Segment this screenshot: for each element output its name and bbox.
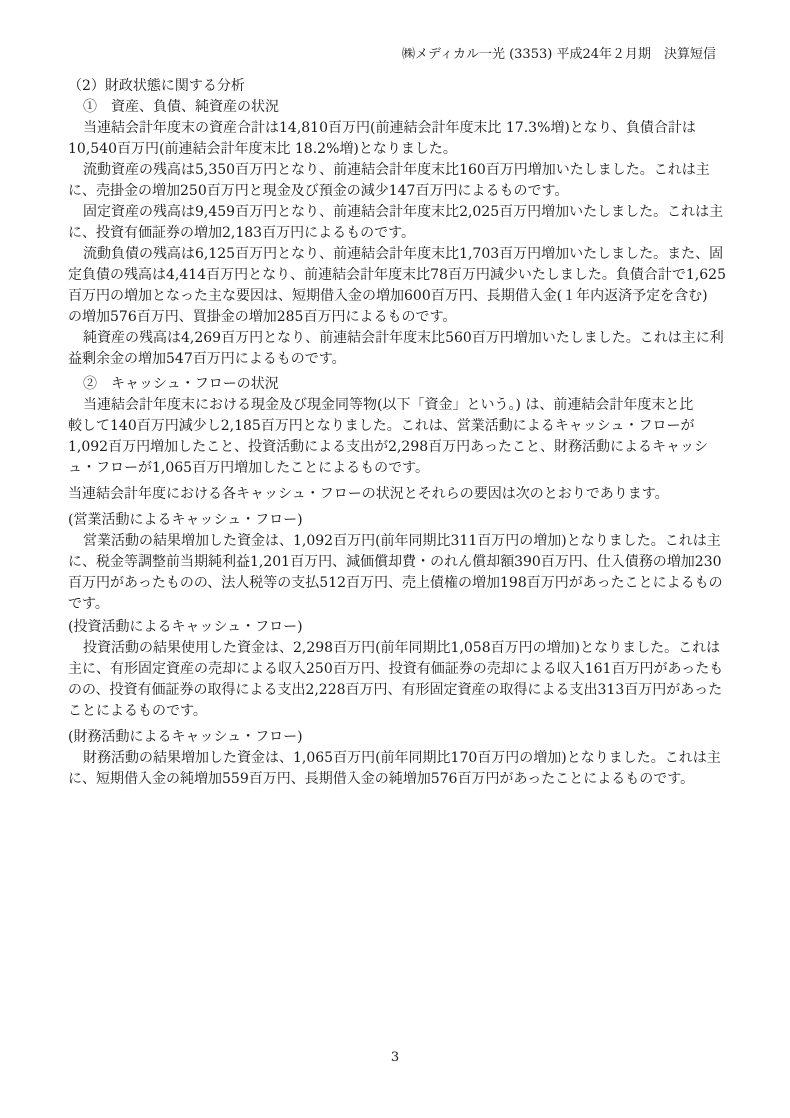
text-line: ② キャッシュ・フローの状況 bbox=[83, 374, 750, 395]
text-line: の増加576百万円、買掛金の増加285百万円によるものです。 bbox=[68, 307, 750, 328]
paragraph: 当連結会計年度末における現金及び現金同等物(以下「資金」という。) は、前連結会… bbox=[68, 395, 750, 479]
paragraph: 投資活動の結果使用した資金は、2,298百万円(前年同期比1,058百万円の増加… bbox=[68, 638, 750, 722]
text-line: ① 資産、負債、純資産の状況 bbox=[83, 97, 750, 118]
document-page: ㈱メディカル一光 (3353) 平成24年２月期 決算短信 （2）財政状態に関す… bbox=[0, 0, 790, 1118]
subsection-heading: ① 資産、負債、純資産の状況 bbox=[68, 97, 750, 118]
section-heading: （2）財政状態に関する分析 bbox=[68, 76, 750, 97]
text-line: 百万円の増加となった主な要因は、短期借入金の増加600百万円、長期借入金(１年内… bbox=[68, 286, 750, 307]
cashflow-label: (投資活動によるキャッシュ・フロー) bbox=[68, 617, 750, 638]
paragraph: 固定資産の残高は9,459百万円となり、前連結会計年度末比2,025百万円増加い… bbox=[68, 202, 750, 244]
text-line: ことによるものです。 bbox=[68, 701, 750, 722]
text-line: 流動負債の残高は6,125百万円となり、前連結会計年度末比1,703百万円増加い… bbox=[68, 244, 750, 265]
text-line: 当連結会計年度末における現金及び現金同等物(以下「資金」という。) は、前連結会… bbox=[68, 395, 750, 416]
text-line: 財務活動の結果増加した資金は、1,065百万円(前年同期比170百万円の増加)と… bbox=[68, 748, 750, 769]
paragraph: 流動資産の残高は5,350百万円となり、前連結会計年度末比160百万円増加いたし… bbox=[68, 160, 750, 202]
text-line: に、短期借入金の純増加559百万円、長期借入金の純増加576百万円があったことに… bbox=[68, 769, 750, 790]
text-line: (財務活動によるキャッシュ・フロー) bbox=[68, 727, 750, 748]
text-line: 定負債の残高は4,414百万円となり、前連結会計年度末比78百万円減少いたしまし… bbox=[68, 265, 750, 286]
text-line: 当連結会計年度末の資産合計は14,810百万円(前連結会計年度末比 17.3%増… bbox=[68, 118, 750, 139]
paragraph: 当連結会計年度における各キャッシュ・フローの状況とそれらの要因は次のとおりであり… bbox=[68, 484, 750, 505]
text-line: 当連結会計年度における各キャッシュ・フローの状況とそれらの要因は次のとおりであり… bbox=[68, 484, 750, 505]
text-line: (投資活動によるキャッシュ・フロー) bbox=[68, 617, 750, 638]
text-line: 投資活動の結果使用した資金は、2,298百万円(前年同期比1,058百万円の増加… bbox=[68, 638, 750, 659]
subsection-heading: ② キャッシュ・フローの状況 bbox=[68, 374, 750, 395]
text-line: に、投資有価証券の増加2,183百万円によるものです。 bbox=[68, 223, 750, 244]
text-line: に、売掛金の増加250百万円と現金及び預金の減少147百万円によるものです。 bbox=[68, 181, 750, 202]
document-body: （2）財政状態に関する分析① 資産、負債、純資産の状況当連結会計年度末の資産合計… bbox=[68, 76, 750, 790]
text-line: 百万円があったものの、法人税等の支払512百万円、売上債権の増加198百万円があ… bbox=[68, 573, 750, 594]
text-line: 1,092百万円増加したこと、投資活動による支出が2,298百万円あったこと、財… bbox=[68, 437, 750, 458]
paragraph: 営業活動の結果増加した資金は、1,092百万円(前年同期比311百万円の増加)と… bbox=[68, 531, 750, 615]
text-line: (営業活動によるキャッシュ・フロー) bbox=[68, 510, 750, 531]
paragraph: 財務活動の結果増加した資金は、1,065百万円(前年同期比170百万円の増加)と… bbox=[68, 748, 750, 790]
text-line: 営業活動の結果増加した資金は、1,092百万円(前年同期比311百万円の増加)と… bbox=[68, 531, 750, 552]
text-line: 益剰余金の増加547百万円によるものです。 bbox=[68, 349, 750, 370]
text-line: 10,540百万円(前連結会計年度末比 18.2%増)となりました。 bbox=[68, 139, 750, 160]
cashflow-label: (財務活動によるキャッシュ・フロー) bbox=[68, 727, 750, 748]
text-line: ュ・フローが1,065百万円増加したことによるものです。 bbox=[68, 458, 750, 479]
text-line: のの、投資有価証券の取得による支出2,228百万円、有形固定資産の取得による支出… bbox=[68, 680, 750, 701]
text-line: 主に、有形固定資産の売却による収入250百万円、投資有価証券の売却による収入16… bbox=[68, 659, 750, 680]
cashflow-label: (営業活動によるキャッシュ・フロー) bbox=[68, 510, 750, 531]
text-line: です。 bbox=[68, 594, 750, 615]
text-line: 流動資産の残高は5,350百万円となり、前連結会計年度末比160百万円増加いたし… bbox=[68, 160, 750, 181]
text-line: に、税金等調整前当期純利益1,201百万円、減価償却費・のれん償却額390百万円… bbox=[68, 552, 750, 573]
paragraph: 純資産の残高は4,269百万円となり、前連結会計年度末比560百万円増加いたしま… bbox=[68, 328, 750, 370]
page-number: 3 bbox=[0, 1050, 790, 1065]
text-line: 固定資産の残高は9,459百万円となり、前連結会計年度末比2,025百万円増加い… bbox=[68, 202, 750, 223]
text-line: 純資産の残高は4,269百万円となり、前連結会計年度末比560百万円増加いたしま… bbox=[68, 328, 750, 349]
paragraph: 当連結会計年度末の資産合計は14,810百万円(前連結会計年度末比 17.3%増… bbox=[68, 118, 750, 160]
paragraph: 流動負債の残高は6,125百万円となり、前連結会計年度末比1,703百万円増加い… bbox=[68, 244, 750, 328]
text-line: 較して140百万円減少し2,185百万円となりました。これは、営業活動によるキャ… bbox=[68, 416, 750, 437]
text-line: （2）財政状態に関する分析 bbox=[68, 76, 750, 97]
document-header-title: ㈱メディカル一光 (3353) 平成24年２月期 決算短信 bbox=[402, 47, 716, 63]
